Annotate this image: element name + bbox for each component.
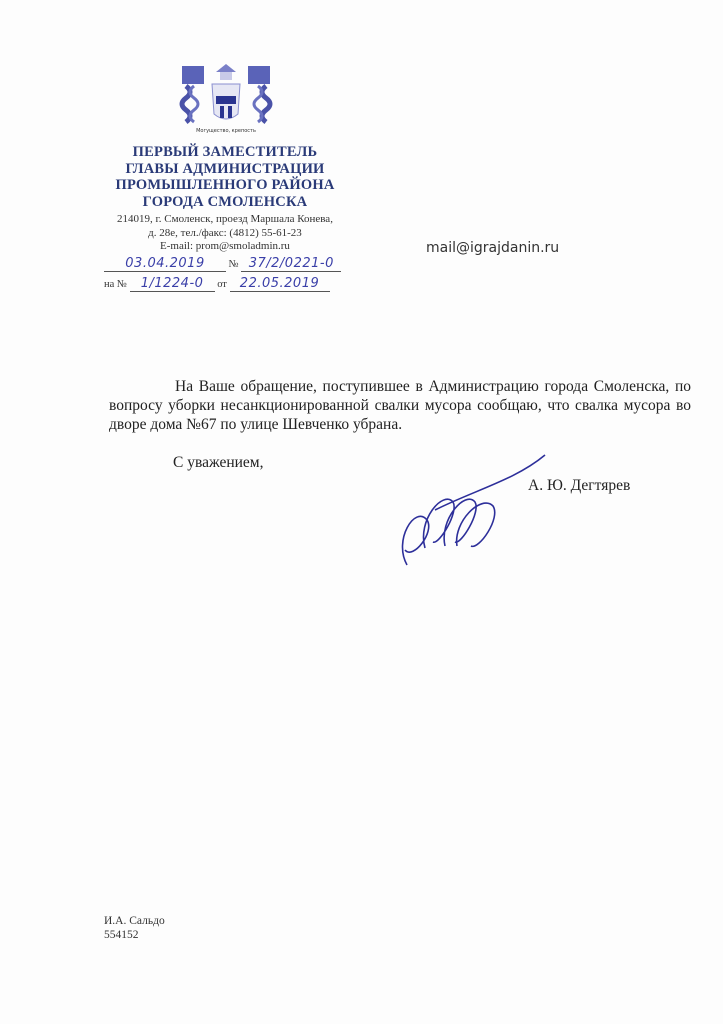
address-line: E-mail: prom@smoladmin.ru	[90, 240, 360, 254]
coat-of-arms-icon: Могущество, крепость	[176, 62, 276, 134]
number-label: №	[229, 259, 239, 270]
title-line: ПРОМЫШЛЕННОГО РАЙОНА	[90, 177, 360, 194]
outgoing-number: 37/2/0221-0	[241, 256, 341, 272]
registration-line-outgoing: 03.04.2019 № 37/2/0221-0	[104, 256, 341, 272]
svg-text:Могущество, крепость: Могущество, крепость	[196, 128, 256, 134]
title-line: ПЕРВЫЙ ЗАМЕСТИТЕЛЬ	[90, 144, 360, 161]
ref-date-label: от	[217, 279, 227, 290]
outgoing-date: 03.04.2019	[104, 256, 226, 272]
signer-name: А. Ю. Дегтярев	[528, 477, 630, 495]
address-line: д. 28е, тел./факс: (4812) 55-61-23	[90, 227, 360, 241]
reference-number: 1/1224-0	[130, 276, 215, 292]
body-paragraph: На Ваше обращение, поступившее в Админис…	[109, 378, 691, 433]
closing-regards: С уважением,	[173, 454, 264, 472]
executor-name: И.А. Сальдо	[104, 914, 165, 928]
recipient-email: mail@igrajdanin.ru	[426, 240, 559, 256]
executor-info: И.А. Сальдо 554152	[104, 914, 165, 942]
registration-line-reference: на № 1/1224-0 от 22.05.2019	[104, 276, 330, 292]
letter-body: На Ваше обращение, поступившее в Админис…	[109, 377, 691, 434]
title-line: ГОРОДА СМОЛЕНСКА	[90, 194, 360, 211]
organization-title: ПЕРВЫЙ ЗАМЕСТИТЕЛЬ ГЛАВЫ АДМИНИСТРАЦИИ П…	[90, 144, 360, 210]
executor-phone: 554152	[104, 928, 165, 942]
organization-address: 214019, г. Смоленск, проезд Маршала Коне…	[90, 213, 360, 254]
title-line: ГЛАВЫ АДМИНИСТРАЦИИ	[90, 161, 360, 178]
signature-icon	[395, 450, 555, 580]
address-line: 214019, г. Смоленск, проезд Маршала Коне…	[90, 213, 360, 227]
ref-label: на №	[104, 279, 127, 290]
reference-date: 22.05.2019	[230, 276, 330, 292]
